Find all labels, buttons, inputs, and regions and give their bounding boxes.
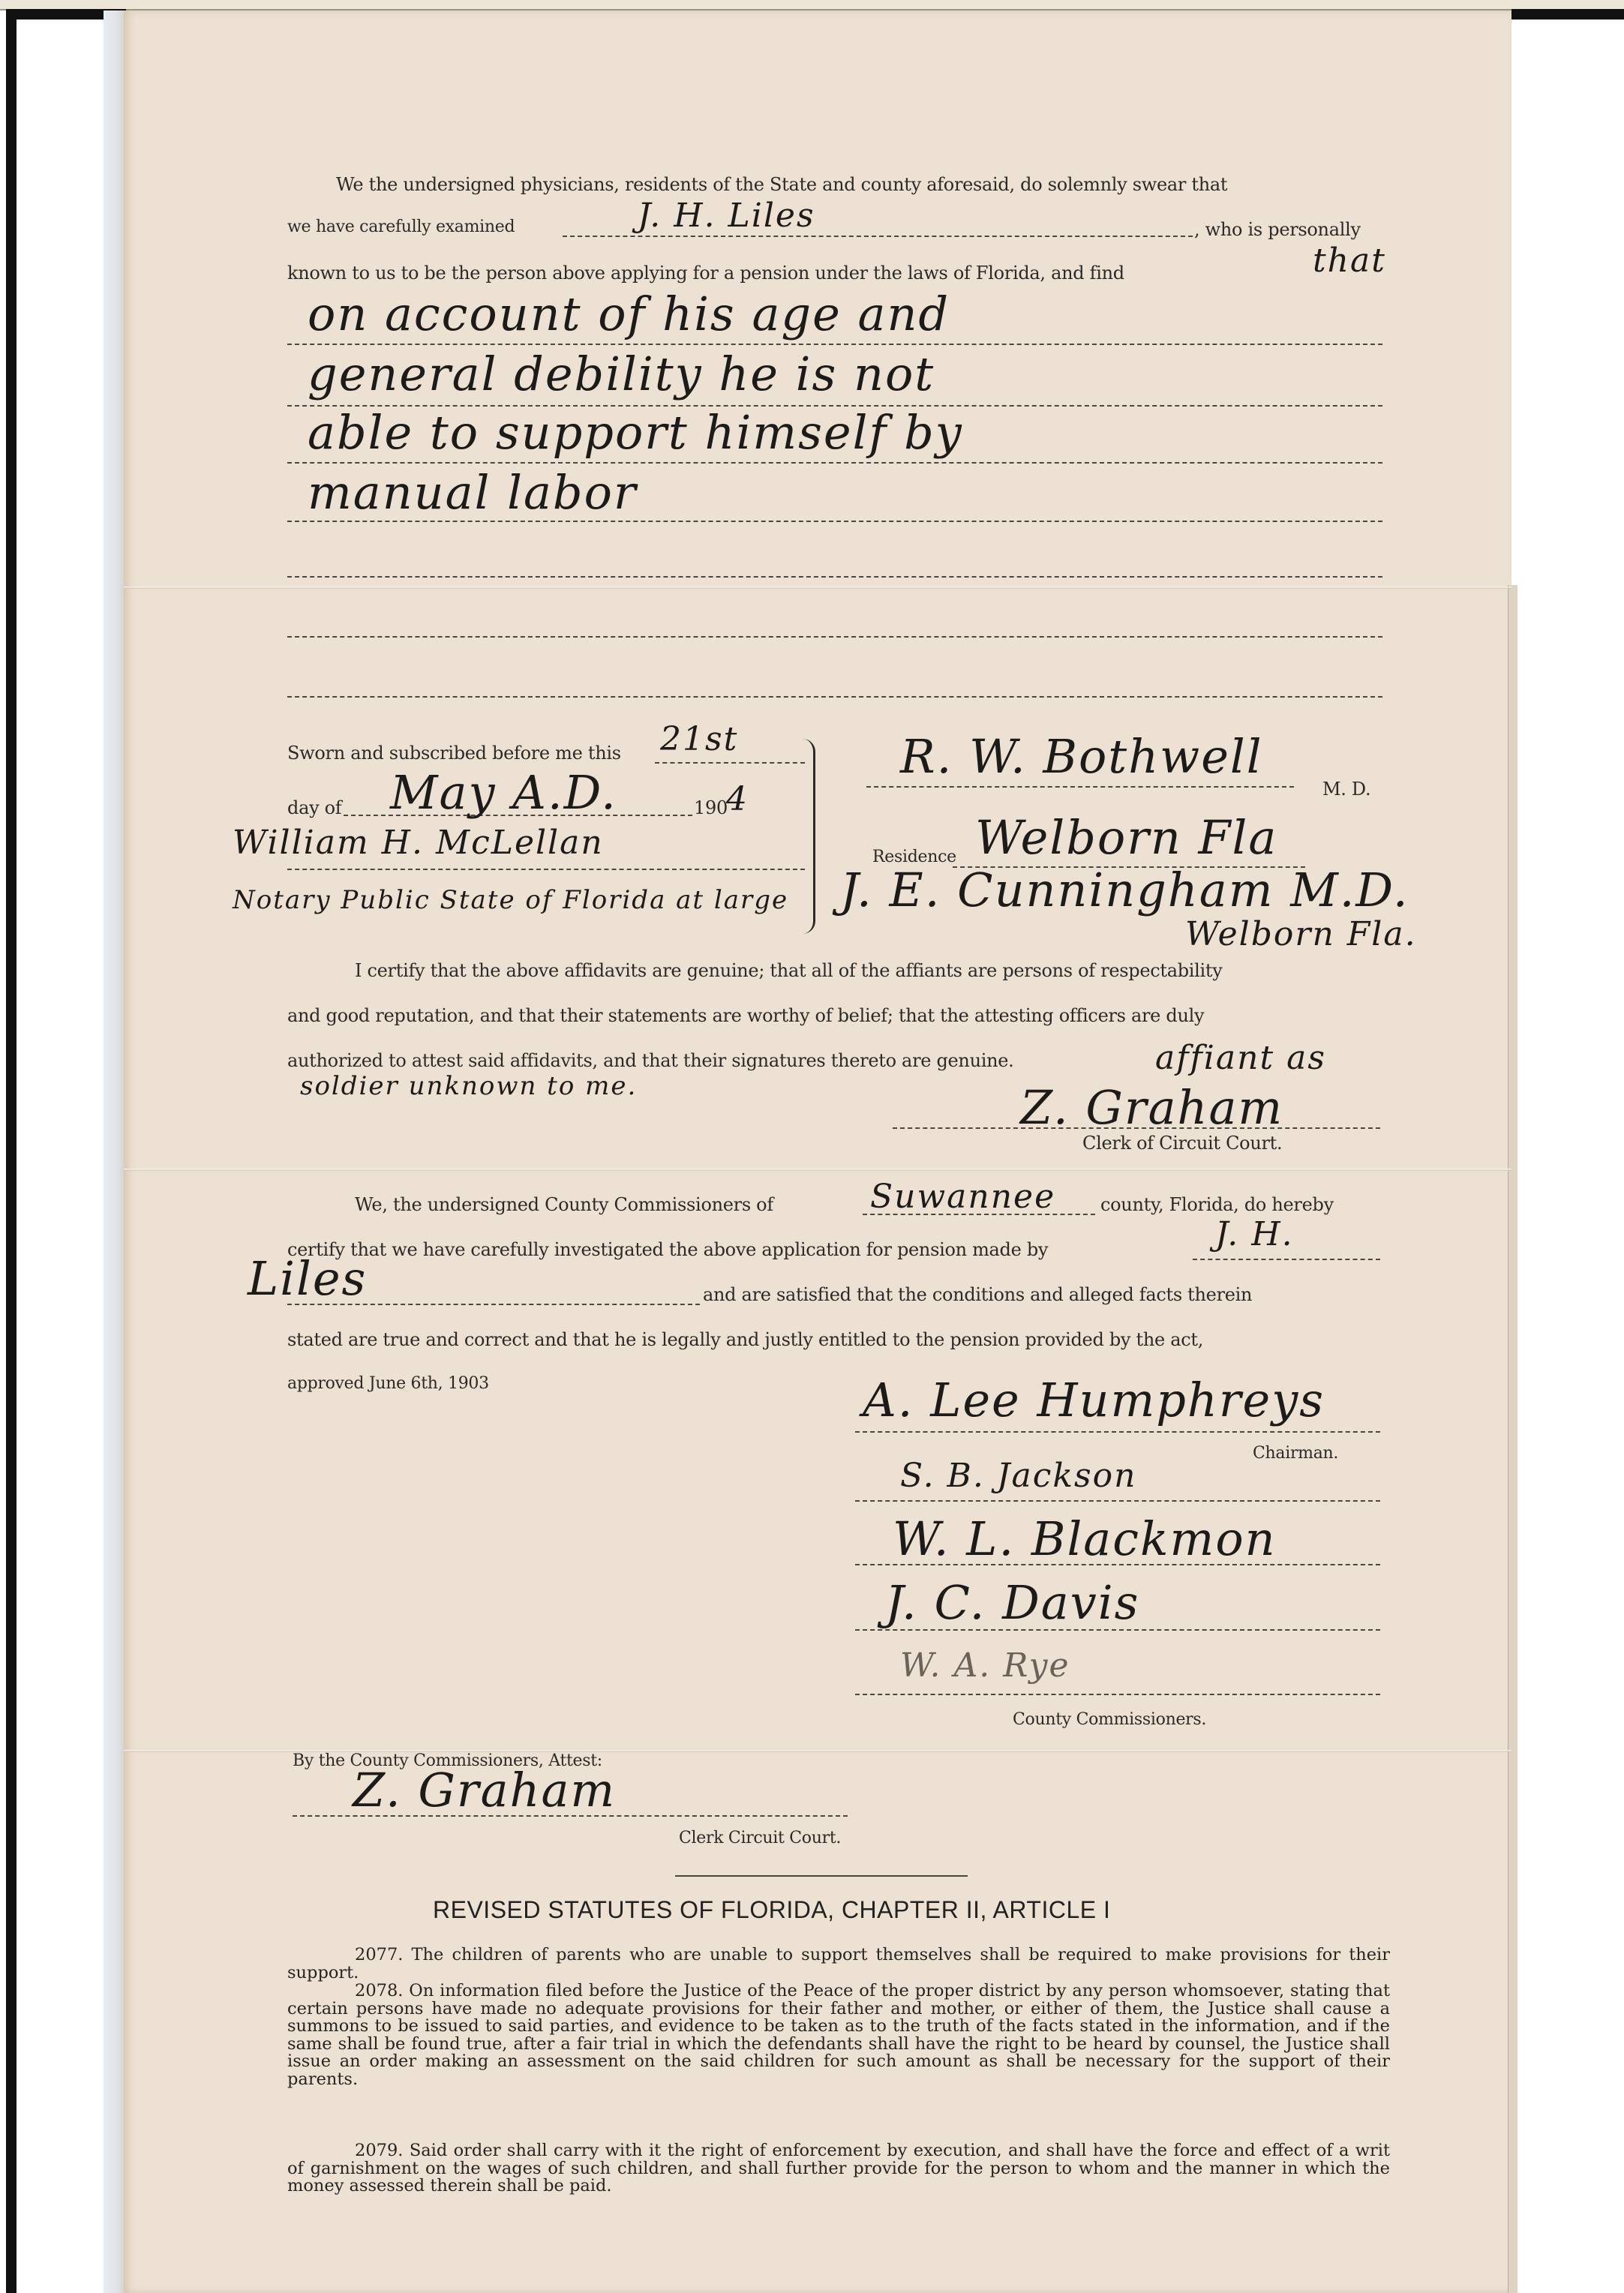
day-field[interactable]: 21st	[660, 720, 738, 758]
statute-2079: 2079. Said order shall carry with it the…	[287, 2142, 1390, 2195]
commissioners-line-5: approved June 6th, 1903	[287, 1374, 489, 1393]
examined-name-field[interactable]: J. H. Liles	[638, 197, 815, 235]
applicant-first-field[interactable]: J. H.	[1215, 1215, 1294, 1253]
applicant-last-field[interactable]: Liles	[248, 1251, 367, 1306]
plastic-sleeve-edge	[104, 11, 126, 2293]
physician-signature-2[interactable]: J. E. Cunningham M.D.	[840, 863, 1409, 917]
finding-line-blank	[287, 696, 1382, 698]
chairman-signature[interactable]: A. Lee Humphreys	[863, 1373, 1325, 1427]
day-of-label: day of	[287, 797, 341, 818]
statute-number: 2079.	[355, 2141, 403, 2160]
statute-2077: 2077. The children of parents who are un…	[287, 1946, 1390, 1982]
county-field[interactable]: Suwannee	[870, 1178, 1055, 1216]
fold-crease	[124, 1169, 1511, 1171]
year-suffix-field[interactable]: 4	[726, 780, 749, 818]
attest-signature[interactable]: Z. Graham	[353, 1763, 616, 1817]
scanner-frame-top-right	[1511, 9, 1624, 20]
finding-line-blank	[287, 636, 1382, 638]
attest-title: Clerk Circuit Court.	[679, 1829, 841, 1847]
commissioner-signature-1[interactable]: S. B. Jackson	[900, 1457, 1136, 1495]
statute-text: The children of parents who are unable t…	[287, 1945, 1390, 1982]
finding-text-line-1[interactable]: on account of his age and	[308, 287, 950, 341]
commissioner-signature-2[interactable]: W. L. Blackmon	[893, 1511, 1277, 1566]
chairman-label: Chairman.	[1253, 1444, 1338, 1463]
clerk-signature[interactable]: Z. Graham	[1020, 1080, 1283, 1135]
statute-text: On information filed before the Justice …	[287, 1981, 1390, 2089]
scanner-frame-left	[6, 9, 17, 2293]
clerk-title: Clerk of Circuit Court.	[1082, 1133, 1282, 1154]
commissioner-line	[855, 1500, 1380, 1502]
affidavit-line-1: We the undersigned physicians, residents…	[336, 174, 1227, 195]
certificate-line-2: and good reputation, and that their stat…	[287, 1005, 1204, 1026]
year-prefix: 190	[694, 797, 728, 818]
clerk-note-1: affiant as	[1155, 1039, 1326, 1077]
md-label: M. D.	[1322, 779, 1370, 800]
statute-number: 2078.	[355, 1981, 403, 2000]
finding-line	[287, 521, 1382, 522]
finding-text-line-2[interactable]: general debility he is not	[308, 347, 935, 401]
finding-line	[287, 344, 1382, 345]
clerk-note-2: soldier unknown to me.	[300, 1071, 637, 1101]
physician-2-residence[interactable]: Welborn Fla.	[1185, 915, 1417, 953]
commissioners-line-3-suffix: and are satisfied that the conditions an…	[703, 1284, 1252, 1305]
commissioner-line	[855, 1694, 1380, 1695]
commissioner-signature-4[interactable]: W. A. Rye	[900, 1646, 1070, 1685]
finding-word-field[interactable]: that	[1313, 242, 1386, 280]
affidavit-line-2-suffix: , who is personally	[1194, 219, 1361, 240]
affidavit-line-2-prefix: we have carefully examined	[287, 218, 515, 236]
finding-text-line-4[interactable]: manual labor	[308, 465, 638, 520]
physician-signature-line	[866, 786, 1294, 788]
notary-name-line	[287, 869, 805, 870]
examined-name-line	[563, 236, 1193, 237]
finding-line-blank	[287, 576, 1382, 578]
month-field[interactable]: May A.D.	[390, 765, 617, 820]
applicant-first-line	[1193, 1259, 1380, 1260]
statute-text: Said order shall carry with it the right…	[287, 2141, 1390, 2195]
chairman-line	[855, 1431, 1380, 1433]
sworn-label: Sworn and subscribed before me this	[287, 743, 621, 764]
residence-field[interactable]: Welborn Fla	[975, 810, 1277, 865]
commissioner-signature-3[interactable]: J. C. Davis	[885, 1575, 1139, 1630]
certificate-line-1: I certify that the above affidavits are …	[355, 960, 1223, 981]
commissioners-line-4: stated are true and correct and that he …	[287, 1329, 1203, 1350]
finding-text-line-3[interactable]: able to support himself by	[308, 405, 963, 460]
notary-signature[interactable]: William H. McLellan	[233, 824, 604, 862]
certificate-line-3: authorized to attest said affidavits, an…	[287, 1050, 1014, 1071]
affidavit-line-3: known to us to be the person above apply…	[287, 263, 1124, 284]
scanner-top-strip	[0, 0, 1624, 11]
commissioners-line-1-prefix: We, the undersigned County Commissioners…	[355, 1194, 773, 1215]
fold-crease	[124, 587, 1511, 589]
notary-title: Notary Public State of Florida at large	[233, 885, 788, 915]
finding-line	[287, 462, 1382, 464]
commissioners-line-2: certify that we have carefully investiga…	[287, 1239, 1048, 1260]
physician-signature-1[interactable]: R. W. Bothwell	[900, 729, 1263, 784]
statute-2078: 2078. On information filed before the Ju…	[287, 1982, 1390, 2088]
commissioners-line-1-suffix: county, Florida, do hereby	[1100, 1194, 1334, 1215]
commissioners-label: County Commissioners.	[1013, 1710, 1206, 1729]
statutes-heading: REVISED STATUTES OF FLORIDA, CHAPTER II,…	[433, 1896, 1110, 1924]
statute-number: 2077.	[355, 1945, 403, 1964]
day-line	[655, 762, 805, 764]
separator-rule	[675, 1875, 968, 1877]
jurat-brace	[803, 739, 815, 934]
sleeve-edge-right	[1508, 585, 1517, 2293]
